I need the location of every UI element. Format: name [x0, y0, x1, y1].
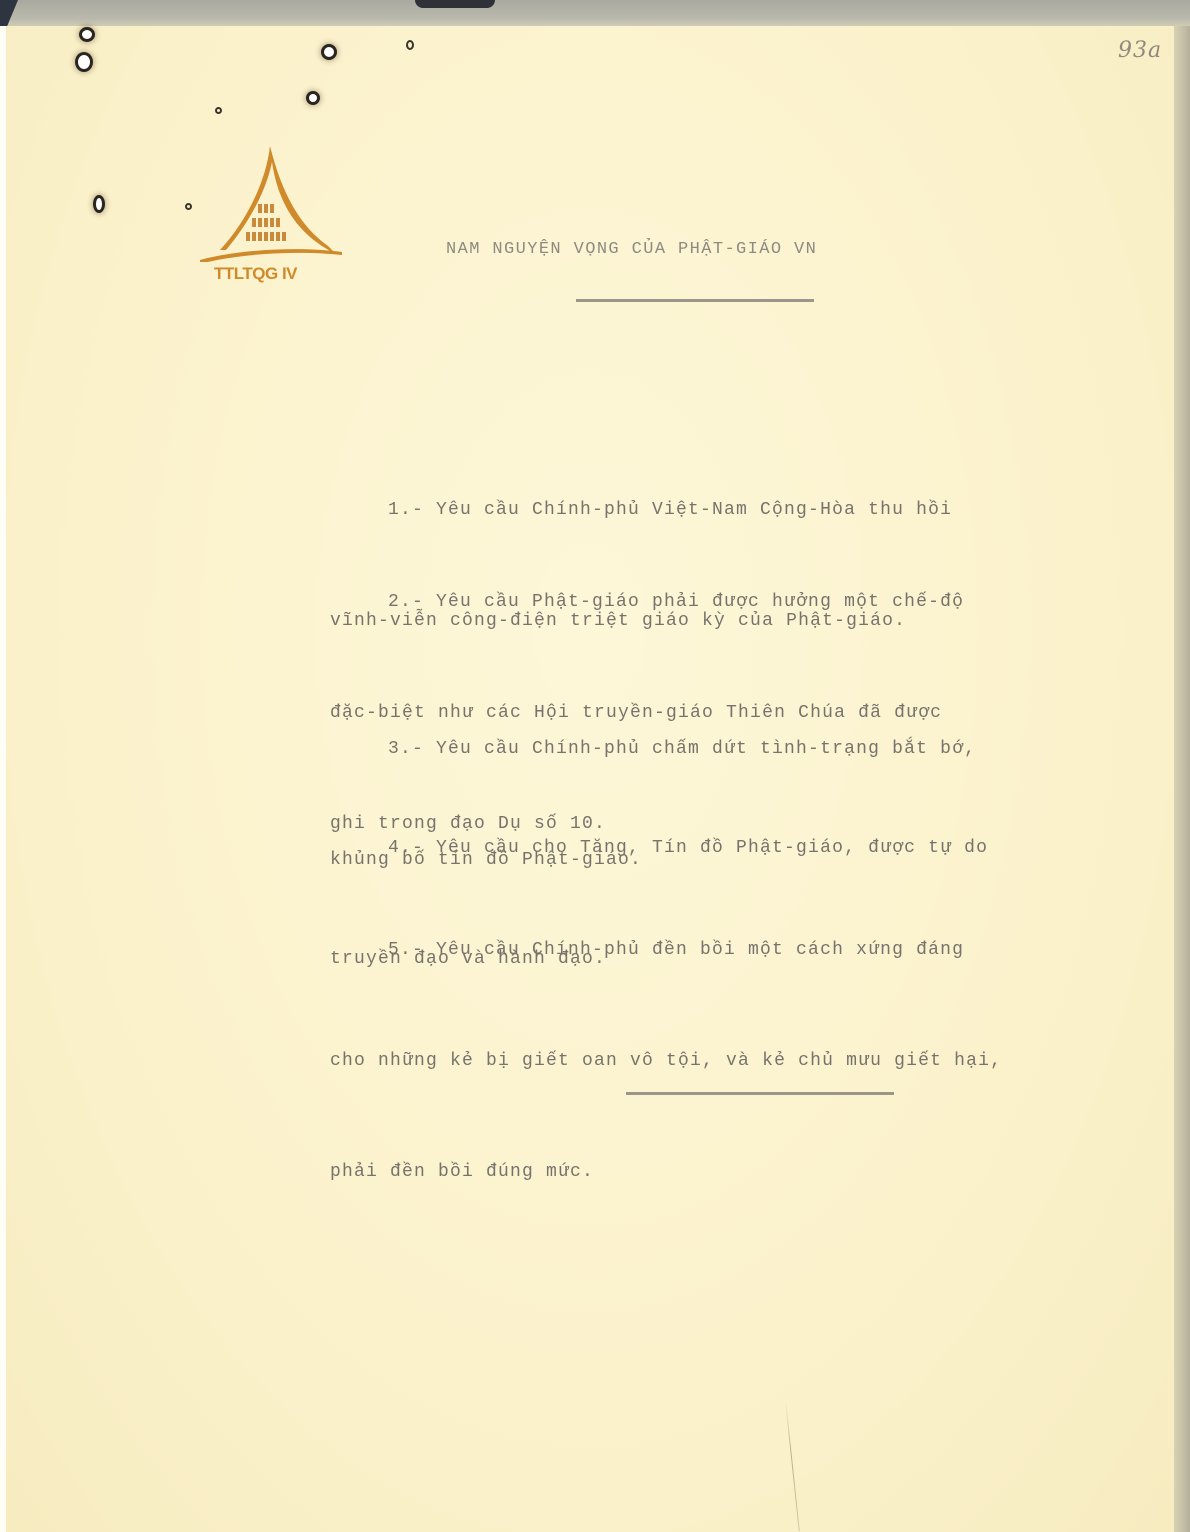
demand-item-5: 5.- Yêu cầu Chính-phủ đền bồi một cách x…	[330, 858, 1150, 1228]
archive-building-icon	[196, 142, 346, 262]
page-right-edge	[1174, 26, 1190, 1532]
punch-hole-icon	[96, 198, 102, 210]
archive-logo-text: TTLTQG IV	[214, 264, 297, 284]
closing-rule	[626, 1092, 894, 1095]
scanner-corner	[0, 0, 18, 26]
punch-hole-icon	[324, 47, 334, 57]
demand-5-line-3: phải đền bồi đúng mức.	[330, 1154, 1150, 1191]
handwritten-page-number: 93a	[1118, 38, 1162, 63]
title-underline	[576, 299, 814, 302]
binder-clip-shadow	[415, 0, 495, 8]
archive-logo: TTLTQG IV	[196, 142, 346, 292]
document-title: NAM NGUYỆN VỌNG CỦA PHẬT-GIÁO VN	[446, 240, 817, 259]
scanner-top-edge	[0, 0, 1190, 26]
speck-icon	[185, 203, 192, 210]
demand-5-line-1: 5.- Yêu cầu Chính-phủ đền bồi một cách x…	[330, 932, 1150, 969]
punch-hole-icon	[309, 94, 317, 102]
demand-5-line-2: cho những kẻ bị giết oan vô tội, và kẻ c…	[330, 1043, 1150, 1080]
punch-hole-icon	[82, 30, 92, 39]
speck-icon	[215, 107, 222, 114]
page-left-edge	[0, 26, 6, 1532]
demand-2-line-1: 2.- Yêu cầu Phật-giáo phải được hưởng mộ…	[330, 584, 1150, 621]
punch-hole-icon	[78, 55, 90, 69]
speck-icon	[406, 40, 414, 50]
